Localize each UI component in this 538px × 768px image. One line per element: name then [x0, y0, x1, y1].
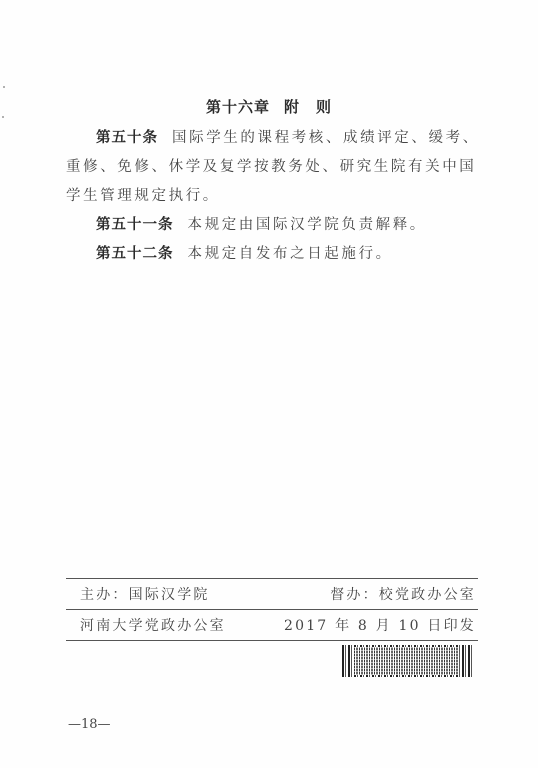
- article-text: 本规定自发布之日起施行。: [188, 246, 393, 262]
- document-page: 第十六章附 则 第五十条国际学生的课程考核、成绩评定、缓考、重修、免修、休学及复…: [0, 0, 538, 768]
- issue-date-text: 2017 年 8 月 10 日印发: [284, 615, 476, 635]
- article-50: 第五十条国际学生的课程考核、成绩评定、缓考、重修、免修、休学及复学按教务处、研究…: [66, 124, 480, 211]
- barcode-data-region: [354, 647, 458, 675]
- article-label: 第五十二条: [96, 246, 174, 262]
- chapter-title: 第十六章附 则: [0, 96, 538, 117]
- sponsor-text: 主办：国际汉学院: [80, 584, 210, 604]
- footer-divider-middle: [66, 609, 478, 610]
- footer-divider-top: [66, 578, 478, 579]
- pdf417-barcode-icon: [342, 645, 472, 677]
- footer-divider-bottom: [66, 640, 478, 641]
- article-label: 第五十条: [96, 130, 158, 146]
- article-text: 本规定由国际汉学院负责解释。: [188, 217, 427, 233]
- issuer-text: 河南大学党政办公室: [80, 615, 226, 635]
- article-52: 第五十二条本规定自发布之日起施行。: [66, 240, 480, 269]
- article-label: 第五十一条: [96, 217, 174, 233]
- chapter-name: 附 则: [284, 98, 332, 116]
- article-51: 第五十一条本规定由国际汉学院负责解释。: [66, 211, 480, 240]
- supervisor-text: 督办：校党政办公室: [330, 584, 476, 604]
- footer-sponsor-row: 主办：国际汉学院 督办：校党政办公室: [80, 584, 476, 604]
- page-number: —18—: [68, 717, 111, 732]
- chapter-number: 第十六章: [206, 98, 270, 116]
- footer-issue-row: 河南大学党政办公室 2017 年 8 月 10 日印发: [80, 615, 476, 635]
- scan-speck: [3, 86, 5, 88]
